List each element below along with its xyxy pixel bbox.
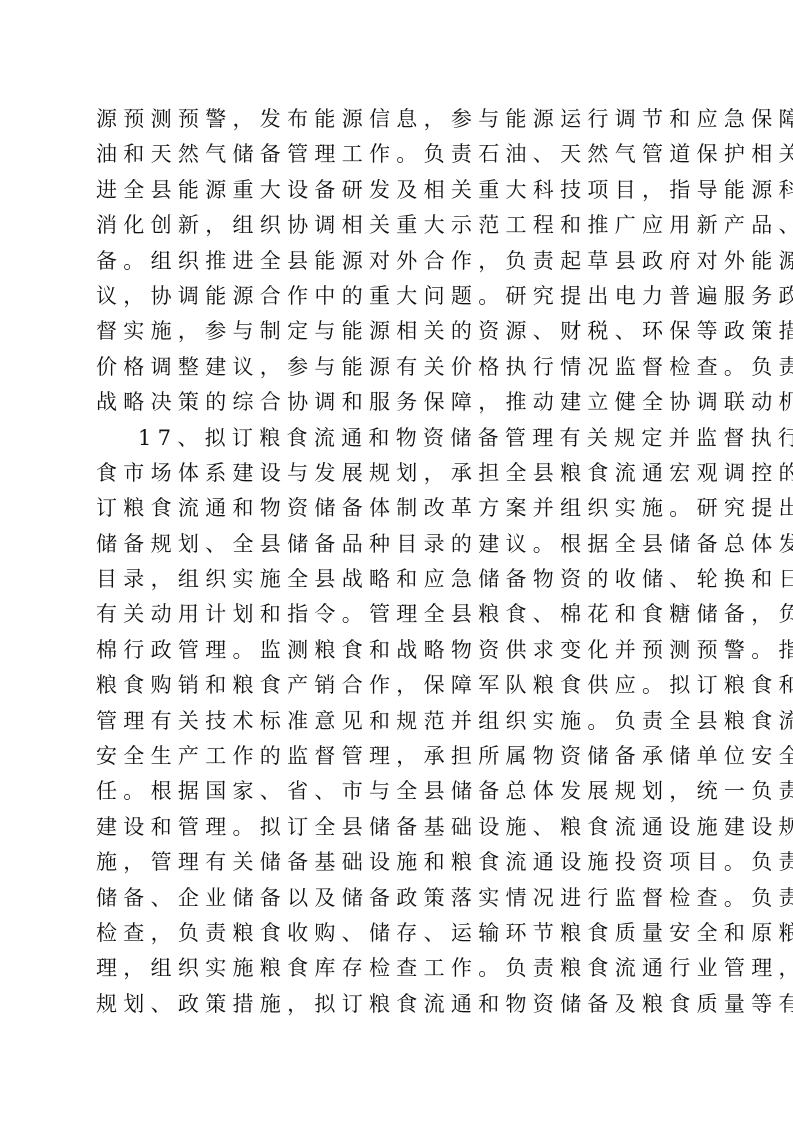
text-line: 理，组织实施粮食库存检查工作。负责粮食流通行业管理，制定行业发展 xyxy=(96,951,700,986)
paragraph-energy-continued: 源预测预警，发布能源信息，参与能源运行调节和应急保障，负责县内石 油和天然气储备… xyxy=(96,102,700,421)
text-line: 进全县能源重大设备研发及相关重大科技项目，指导能源科技进步和引进 xyxy=(96,173,700,208)
document-page: 源预测预警，发布能源信息，参与能源运行调节和应急保障，负责县内石 油和天然气储备… xyxy=(96,102,700,1022)
text-line: 安全生产工作的监督管理，承担所属物资储备承储单位安全生产的监管责 xyxy=(96,739,700,774)
text-line: 目录，组织实施全县战略和应急储备物资的收储、轮换和日常管理，落实 xyxy=(96,562,700,597)
text-line: 棉行政管理。监测粮食和战略物资供求变化并预测预警。指导协调政策性 xyxy=(96,633,700,668)
text-line: 储备、企业储备以及储备政策落实情况进行监督检查。负责粮食流通监督 xyxy=(96,881,700,916)
text-line: 管理有关技术标准意见和规范并组织实施。负责全县粮食流通、加工行业 xyxy=(96,704,700,739)
text-line: 订粮食流通和物资储备体制改革方案并组织实施。研究提出全县战略物资 xyxy=(96,491,700,526)
text-line: 施，管理有关储备基础设施和粮食流通设施投资项目。负责对管理的政府 xyxy=(96,845,700,880)
text-line: 食市场体系建设与发展规划，承担全县粮食流通宏观调控的具体工作。拟 xyxy=(96,456,700,491)
text-line-indented: 17、拟订粮食流通和物资储备管理有关规定并监督执行。拟订全县粮 xyxy=(96,421,700,456)
text-line: 粮食购销和粮食产销合作，保障军队粮食供应。拟订粮食和物资储备仓储 xyxy=(96,668,700,703)
text-line: 检查，负责粮食收购、储存、运输环节粮食质量安全和原粮卫生的监督管 xyxy=(96,916,700,951)
text-line: 消化创新，组织协调相关重大示范工程和推广应用新产品、新技术、新设 xyxy=(96,208,700,243)
text-line: 议，协调能源合作中的重大问题。研究提出电力普遍服务政策的建议并监 xyxy=(96,279,700,314)
text-line: 源预测预警，发布能源信息，参与能源运行调节和应急保障，负责县内石 xyxy=(96,102,700,137)
paragraph-item-17: 17、拟订粮食流通和物资储备管理有关规定并监督执行。拟订全县粮 食市场体系建设与… xyxy=(96,421,700,1023)
text-line: 备。组织推进全县能源对外合作，负责起草县政府对外能源战略合作协 xyxy=(96,244,700,279)
text-line: 督实施，参与制定与能源相关的资源、财税、环保等政策措施，提出能源 xyxy=(96,314,700,349)
text-line: 有关动用计划和指令。管理全县粮食、棉花和食糖储备，负责县级储备粮 xyxy=(96,597,700,632)
text-line: 储备规划、全县储备品种目录的建议。根据全县储备总体发展规划和品种 xyxy=(96,527,700,562)
text-line: 规划、政策措施，拟订粮食流通和物资储备及粮食质量等有关标准意见， xyxy=(96,987,700,1022)
text-line: 任。根据国家、省、市与全县储备总体发展规划，统一负责储备基础设施 xyxy=(96,774,700,809)
text-line: 油和天然气储备管理工作。负责石油、天然气管道保护相关工作。组织推 xyxy=(96,137,700,172)
text-line: 建设和管理。拟订全县储备基础设施、粮食流通设施建设规划并组织实 xyxy=(96,810,700,845)
text-line: 价格调整建议，参与能源有关价格执行情况监督检查。负责全县能源发展 xyxy=(96,350,700,385)
text-line: 战略决策的综合协调和服务保障，推动建立健全协调联动机制。 xyxy=(96,385,700,420)
